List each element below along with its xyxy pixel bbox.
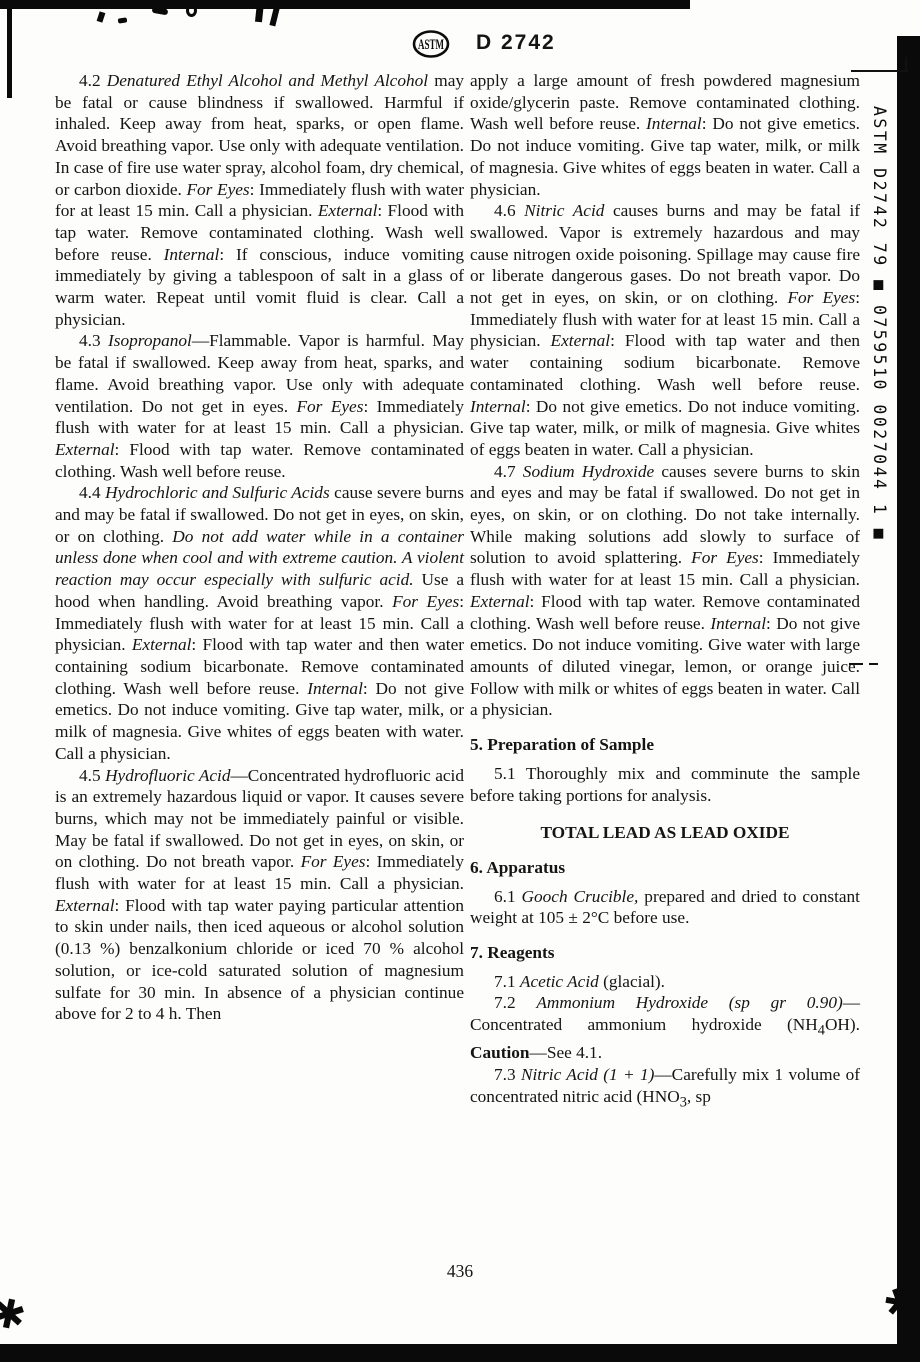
margin-vertical-code: ASTM D2742 79 ■ 0759510 0027044 1 ■ xyxy=(870,106,889,691)
text-segment: 4.3 xyxy=(79,331,108,350)
text-segment: Denatured Ethyl Alcohol and Methyl Alcoh… xyxy=(107,71,428,90)
text-segment: Sodium Hydroxide xyxy=(523,462,654,481)
text-segment: For Eyes xyxy=(787,288,855,307)
text-segment: : Flood with tap water. Remove contamina… xyxy=(55,440,464,481)
text-segment: OH). xyxy=(825,1015,860,1034)
text-segment: 4.6 xyxy=(494,201,524,220)
text-segment: 4 xyxy=(818,1023,825,1039)
page-number: 436 xyxy=(410,1261,510,1282)
text-segment: Nitric Acid xyxy=(524,201,604,220)
heading-7: 7. Reagents xyxy=(470,942,860,964)
text-segment: Acetic Acid xyxy=(520,972,599,991)
text-segment: 7.2 xyxy=(494,993,536,1012)
text-segment: For Eyes xyxy=(186,180,249,199)
text-segment: External xyxy=(132,635,192,654)
scanned-document-page: ✱ ✱ ASTM D 2742 4.2 Denatured Ethyl Alco… xyxy=(0,0,920,1362)
text-segment: Ammonium Hydroxide (sp gr 0.90) xyxy=(536,993,842,1012)
text-segment: External xyxy=(318,201,378,220)
text-segment: Internal xyxy=(470,397,526,416)
corner-rule-tick xyxy=(905,57,907,72)
svg-text:ASTM: ASTM xyxy=(418,37,444,53)
text-segment: Caution xyxy=(470,1043,530,1062)
section-4-3: 4.3 Isopropanol—Flammable. Vapor is harm… xyxy=(55,330,464,482)
scan-edge-left-line xyxy=(7,6,12,98)
section-7-3: 7.3 Nitric Acid (1 + 1)—Carefully mix 1 … xyxy=(470,1064,860,1114)
section-4-2: 4.2 Denatured Ethyl Alcohol and Methyl A… xyxy=(55,70,464,330)
text-segment: 4.2 xyxy=(79,71,107,90)
text-segment: 4.5 xyxy=(79,766,105,785)
ink-speck xyxy=(255,2,264,23)
text-segment: 4.7 xyxy=(494,462,523,481)
section-7-1: 7.1 Acetic Acid (glacial). xyxy=(470,971,860,993)
text-segment: 7.1 xyxy=(494,972,520,991)
text-segment: External xyxy=(55,440,115,459)
scan-edge-top-bar xyxy=(0,0,690,9)
text-segment: (glacial). xyxy=(599,972,665,991)
section-4-4: 4.4 Hydrochloric and Sulfuric Acids caus… xyxy=(55,482,464,764)
ink-speck xyxy=(186,4,197,17)
text-segment: , sp xyxy=(687,1087,711,1106)
text-segment: 5.1 Thoroughly mix and comminute the sam… xyxy=(470,764,860,805)
section-4-7: 4.7 Sodium Hydroxide causes severe burns… xyxy=(470,461,860,721)
text-segment: External xyxy=(551,331,611,350)
text-segment: External xyxy=(55,896,115,915)
text-segment: Internal xyxy=(307,679,363,698)
text-segment: Gooch Crucible, xyxy=(522,887,639,906)
text-segment: Hydrochloric and Sulfuric Acids xyxy=(105,483,330,502)
text-segment: 3 xyxy=(680,1094,687,1110)
heading-5: 5. Preparation of Sample xyxy=(470,734,860,756)
ink-speck xyxy=(118,17,128,23)
section-5-1: 5.1 Thoroughly mix and comminute the sam… xyxy=(470,763,860,806)
text-segment: Internal xyxy=(164,245,220,264)
text-segment: —See 4.1. xyxy=(530,1043,602,1062)
text-segment: 6.1 xyxy=(494,887,522,906)
text-segment: For Eyes xyxy=(392,592,459,611)
section-6-1: 6.1 Gooch Crucible, prepared and dried t… xyxy=(470,886,860,929)
text-segment: Nitric Acid (1 + 1) xyxy=(521,1065,654,1084)
ink-blot-bottom-left: ✱ xyxy=(0,1292,29,1338)
section-7-2: 7.2 Ammonium Hydroxide (sp gr 0.90)—Conc… xyxy=(470,992,860,1064)
text-segment: 7.3 xyxy=(494,1065,521,1084)
text-segment: Internal xyxy=(646,114,702,133)
section-4-5-continued: apply a large amount of fresh powdered m… xyxy=(470,70,860,200)
text-segment: External xyxy=(470,592,530,611)
text-segment: Hydrofluoric Acid xyxy=(105,766,230,785)
left-column: 4.2 Denatured Ethyl Alcohol and Methyl A… xyxy=(55,70,464,1025)
text-segment: Internal xyxy=(710,614,766,633)
center-heading-total-lead: TOTAL LEAD AS LEAD OXIDE xyxy=(470,822,860,844)
text-segment: For Eyes xyxy=(301,852,366,871)
section-4-6: 4.6 Nitric Acid causes burns and may be … xyxy=(470,200,860,460)
text-segment: For Eyes xyxy=(691,548,759,567)
text-segment: For Eyes xyxy=(296,397,363,416)
heading-6: 6. Apparatus xyxy=(470,857,860,879)
scan-edge-bottom-bar xyxy=(0,1344,920,1362)
text-segment: : Do not give emetics. Do not induce vom… xyxy=(470,397,860,459)
ink-speck xyxy=(97,11,106,22)
text-segment: : Flood with tap water paying particular… xyxy=(55,896,464,1024)
astm-logo-icon: ASTM xyxy=(412,30,450,58)
scan-edge-right-band xyxy=(897,36,920,1346)
text-segment: Isopropanol xyxy=(108,331,192,350)
document-number: D 2742 xyxy=(476,31,556,55)
text-segment: 4.4 xyxy=(79,483,105,502)
right-column: apply a large amount of fresh powdered m… xyxy=(470,70,860,1114)
section-4-5: 4.5 Hydrofluoric Acid—Concentrated hydro… xyxy=(55,765,464,1025)
